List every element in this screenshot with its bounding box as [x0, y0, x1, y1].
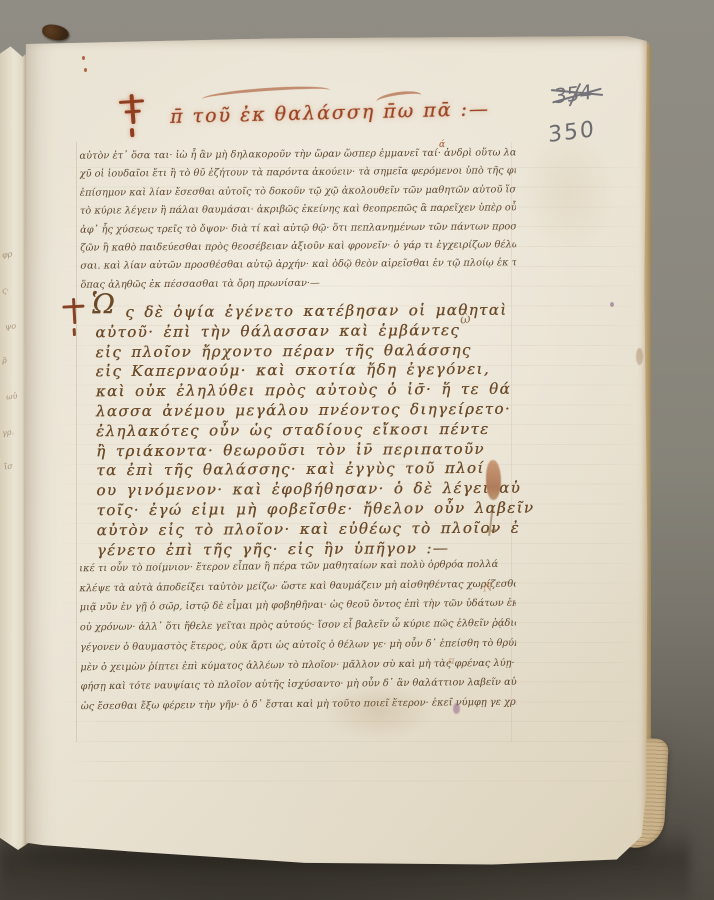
gospel-line: αὐτοῦ· ἐπὶ τὴν θάλασσαν καὶ ἐμβάντες — [95, 321, 497, 343]
cross-icon — [61, 297, 89, 336]
margin-letter-mark: Ν̄ — [482, 581, 493, 595]
edge-damage-spot — [636, 348, 643, 365]
red-ink-dot — [84, 68, 87, 72]
margin-letter-mark: π — [448, 656, 455, 667]
binding-fragment — [41, 23, 70, 42]
marginalia-fragment: ἴσ — [3, 462, 13, 472]
gospel-line: εἰς Καπερναούμ· καὶ σκοτία ἤδη ἐγεγόνει, — [96, 360, 498, 382]
gospel-line: αὐτὸν εἰς τὸ πλοῖον· καὶ εὐθέως τὸ πλοῖο… — [97, 519, 499, 541]
paragraph-mark: ὢ — [459, 311, 472, 328]
gospel-line: καὶ οὐκ ἐληλύθει πρὸς αὐτοὺς ὁ ἰσ̄· ἥ τε… — [96, 380, 498, 402]
marginalia-fragment: ωὐ — [5, 391, 17, 401]
cross-icon — [117, 93, 152, 139]
gospel-line: εἰς πλοῖον ἤρχοντο πέραν τῆς θαλάσσης — [95, 340, 497, 362]
ink-spot — [610, 302, 614, 307]
manuscript-page: 354 350 π̄ τοῦ ἐκ θαλάσση π̄ω πᾱ :— ά αὐ… — [24, 36, 648, 878]
faded-margin-mark — [484, 506, 497, 538]
ink-spot — [453, 703, 460, 714]
red-ink-dot — [82, 56, 85, 60]
gospel-line: τοῖς· ἐγώ εἰμι μὴ φοβεῖσθε· ἤθελον οὖν λ… — [96, 499, 498, 521]
margin-ruling-left — [76, 142, 77, 742]
rust-stain — [486, 460, 501, 500]
gospel-line: τα ἐπὶ τῆς θαλάσσης· καὶ ἐγγὺς τοῦ πλοί — [96, 459, 498, 481]
old-folio-number: 354 — [554, 80, 592, 109]
marginalia-fragment: ψο — [4, 321, 16, 331]
manuscript-photo: φρϛ·ψορ̄ωὐγρ.ἴσ 354 350 π̄ τοῦ ἐκ θαλάσσ… — [0, 0, 714, 900]
initial-letter: Ὡ — [91, 295, 116, 315]
gospel-line: λασσα ἀνέμου μεγάλου πνέοντος διηγείρετο… — [96, 400, 498, 422]
gospel-text: Ὡ ς δὲ ὀψία ἐγένετο κατέβησαν οἱ μαθηταὶ… — [95, 301, 499, 561]
gospel-lines: ς δὲ ὀψία ἐγένετο κατέβησαν οἱ μαθηταὶαὐ… — [95, 301, 499, 561]
marginalia-fragment: γρ. — [1, 427, 14, 437]
marginalia-fragment: ρ̄ — [1, 356, 7, 366]
gospel-line: ἢ τριάκοντα· θεωροῦσι τὸν ἰν̄ περιπατοῦν — [96, 439, 498, 461]
gospel-line: ἐληλακότες οὖν ὡς σταδίους εἴκοσι πέντε — [96, 420, 498, 442]
parchment-stain — [524, 132, 614, 252]
catena-commentary-top: αὐτὸν ἑτ᾽ ὅσα ται· ἰὼ ἦ ἂν μὴ δηλακοροῦν… — [79, 144, 516, 295]
commentary-line: ὡς ἔσεσθαι ἔξω φέρειν τὴν γῆν· ὁ δ᾽ ἔστα… — [81, 693, 517, 717]
commentary-line: σαι. καὶ λίαν αὐτῶν προσθέσθαι αὐτῷ ἀρχή… — [80, 255, 516, 277]
gospel-line: ς δὲ ὀψία ἐγένετο κατέβησαν οἱ μαθηταὶ — [95, 301, 497, 323]
marginalia-fragment: φρ — [1, 249, 12, 259]
marginalia-fragment: ϛ· — [1, 286, 9, 296]
commentary-line: ὅπας ἀληθῶς ἐκ πέσσασθαι τὰ ὄρη πρωνίσαν… — [80, 273, 516, 295]
catena-commentary-bottom: Ὁ ικέ τι οὖν τὸ ποίμνιον· ἕτερον εἶπαν ἢ… — [79, 555, 517, 717]
parchment-stain — [322, 682, 434, 740]
gospel-line: ου γινόμενον· καὶ ἐφοβήθησαν· ὁ δὲ λέγει… — [96, 479, 498, 501]
bottom-commentary-lines: ικέ τι οὖν τὸ ποίμνιον· ἕτερον εἶπαν ἢ π… — [79, 555, 517, 717]
